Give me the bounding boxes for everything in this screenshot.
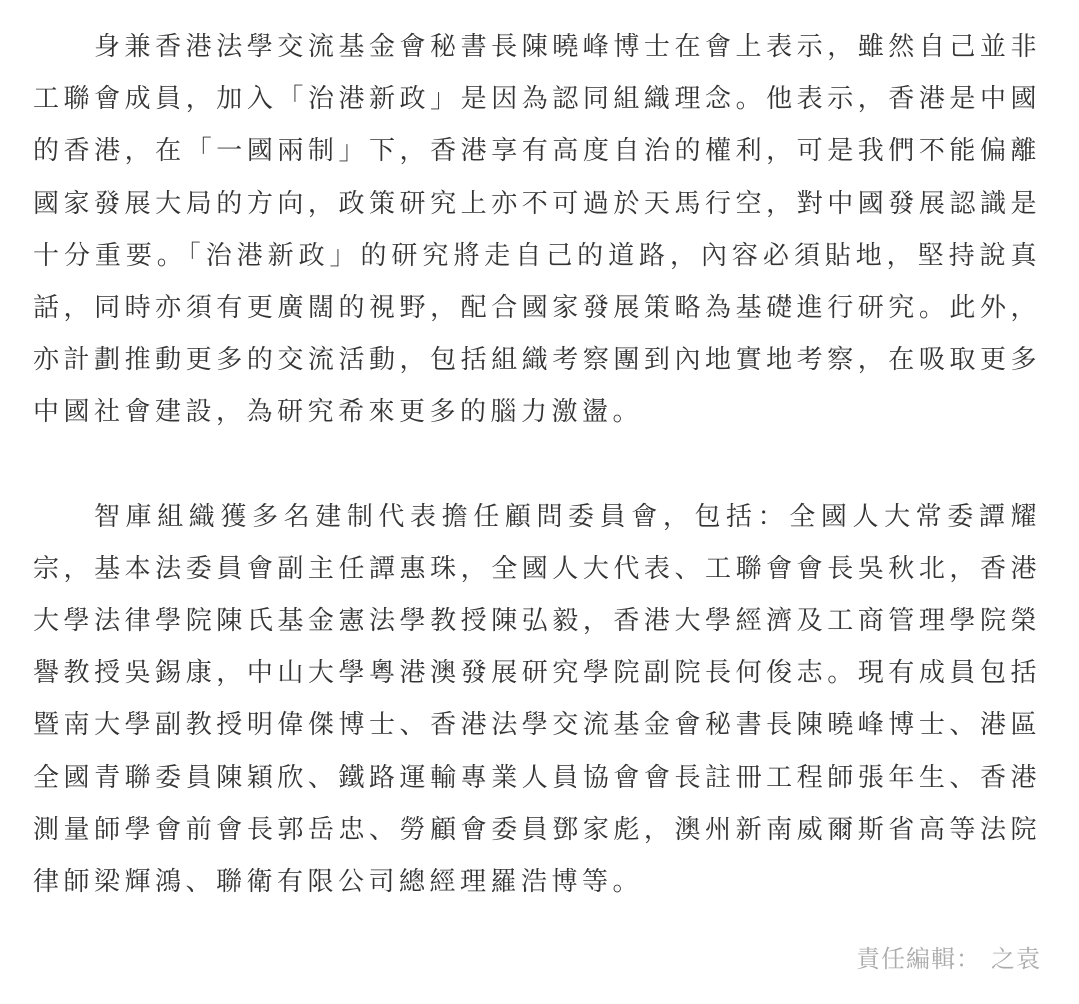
editor-label: 責任編輯： — [856, 945, 981, 973]
editor-credit: 責任編輯：之袁 — [856, 941, 1041, 977]
article-paragraph: 身兼香港法學交流基金會秘書長陳曉峰博士在會上表示，雖然自己並非工聯會成員，加入「… — [33, 21, 1041, 439]
article-body: 身兼香港法學交流基金會秘書長陳曉峰博士在會上表示，雖然自己並非工聯會成員，加入「… — [33, 21, 1041, 908]
article-paragraph: 智庫組織獲多名建制代表擔任顧問委員會，包括：全國人大常委譚耀宗，基本法委員會副主… — [33, 491, 1041, 909]
editor-name: 之袁 — [991, 945, 1041, 973]
